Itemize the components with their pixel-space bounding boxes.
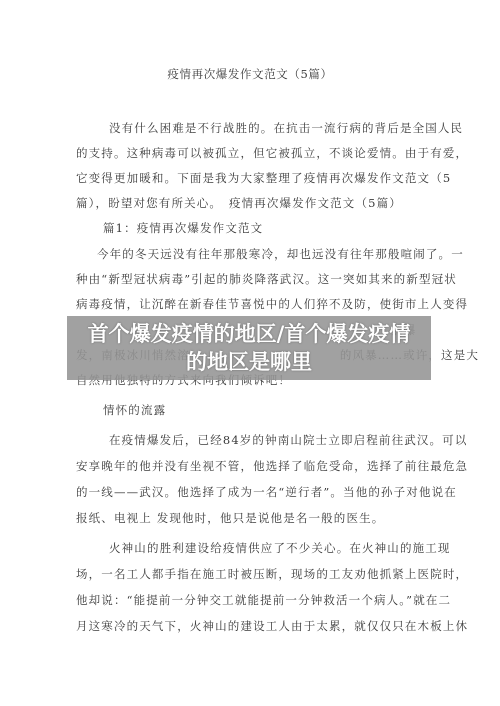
paragraph-line: 种由“新型冠状病毒”引起的肺炎降落武汉。这一突如其来的新型冠状 (76, 271, 426, 287)
paragraph-line: 安享晚年的他并没有坐视不管，他选择了临危受命，选择了前往最危急 (76, 458, 426, 474)
section-heading: 篇1：疫情再次爆发作文范文 (103, 220, 453, 236)
paragraph-line: 病毒疫情，让沉醉在新春佳节喜悦中的人们猝不及防，使街市上人变得 (76, 296, 426, 312)
headline-line-1: 首个爆发疫情的地区/首个爆发疫情 (67, 320, 431, 348)
paragraph-line: 他却说：“能提前一分钟交工就能提前一分钟救活一个病人。”就在二 (76, 592, 426, 608)
paragraph-line: 今年的冬天远没有往年那般寒冷，却也远没有往年那般喧闹了。一 (97, 246, 447, 262)
paragraph-line: 在疫情爆发后，已经84岁的钟南山院士立即启程前往武汉。可以 (109, 432, 459, 448)
paragraph-line: 火神山的胜利建设给疫情供应了不少关心。在火神山的施工现 (109, 540, 459, 556)
paragraph-line: 的一线——武汉。他选择了成为一名“逆行者”。当他的孙子对他说在 (76, 484, 426, 500)
headline-overlay-text: 首个爆发疫情的地区/首个爆发疫情 的地区是哪里 (67, 320, 431, 376)
paragraph-line: 篇），盼望对您有所关心。 疫情再次爆发作文范文（5篇） (76, 195, 426, 211)
document-title: 疫情再次爆发作文范文（5篇） (0, 66, 500, 82)
headline-overlay-banner: 首个爆发疫情的地区/首个爆发疫情 的地区是哪里 (67, 316, 431, 380)
paragraph-line: 没有什么困难是不行战胜的。在抗击一流行病的背后是全国人民 (109, 120, 459, 136)
paragraph-line: 报纸、电视上 发现他时，他只是说他是名一般的医生。 (76, 510, 426, 526)
paragraph-line: 它变得更加暖和。下面是我为大家整理了疫情再次爆发作文范文（5 (76, 170, 426, 186)
headline-line-2: 的地区是哪里 (67, 348, 431, 376)
section-heading: 情怀的流露 (103, 402, 453, 418)
document-page: 疫情再次爆发作文范文（5篇） 没有什么困难是不行战胜的。在抗击一流行病的背后是全… (0, 0, 500, 706)
paragraph-line: 场，一名工人都手指在施工时被压断，现场的工友劝他抓紧上医院时， (76, 566, 426, 582)
paragraph-line: 的支持。这种病毒可以被孤立，但它被孤立，不谈论爱情。由于有爱， (76, 145, 426, 161)
paragraph-line: 月这寒冷的天气下，火神山的建设工人由于太累，就仅仅只在木板上休 (76, 618, 426, 634)
